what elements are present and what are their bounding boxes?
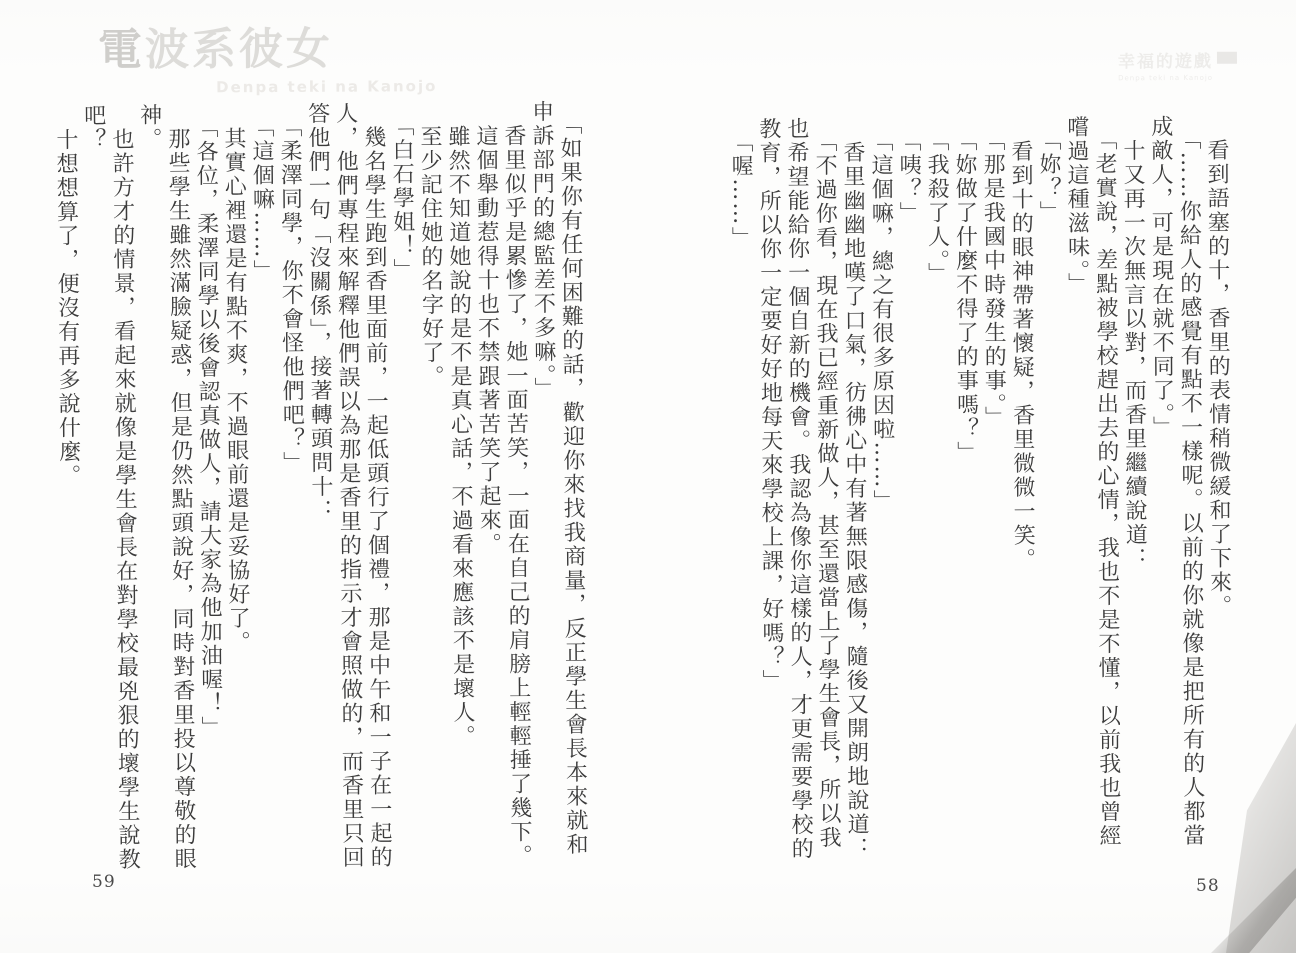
paragraph: 「老實說，差點被學校趕出去的心情，我也不是不懂，以前我也曾經嚐過這種滋味。」 <box>1062 115 1123 861</box>
paragraph: 十又再一次無言以對，而香里繼續說道： <box>1118 115 1151 861</box>
paragraph: 「……你給人的感覺有點不一樣呢。以前的你就像是把所有的人都當成敵人，可是現在就不… <box>1146 115 1207 861</box>
paragraph: 「這個嘛，總之有很多原因啦……」 <box>866 116 899 862</box>
series-logo-romaji: Denpa teki na Kanojo <box>216 77 437 96</box>
paragraph: 「那是我國中時發生的事。」 <box>978 116 1011 862</box>
paragraph: 「妳做了什麼不得了的事嗎？」 <box>950 116 983 862</box>
chapter-badge <box>1217 52 1237 64</box>
paragraph: 看到語塞的十，香里的表情稍微緩和了下來。 <box>1202 114 1235 860</box>
paragraph: 「咦？」 <box>894 116 927 862</box>
paragraph: 也許方才的情景，看起來就像是學生會長在對學校最兇狠的壞學生說教吧？ <box>79 103 142 879</box>
paragraph: 幾名學生跑到香里面前，一起低頭行了個禮，那是中午和一子在一起的人，他們專程來解釋… <box>303 101 394 878</box>
right-page-text: 看到語塞的十，香里的表情稍微緩和了下來。 「……你給人的感覺有點不一樣呢。以前的… <box>688 114 1235 863</box>
paragraph: 看到十的眼神帶著懷疑，香里微微一笑。 <box>1006 116 1039 862</box>
page-number-right: 58 <box>1196 876 1220 896</box>
chapter-header: 幸福的遊戲 Denpa teki na Kanojo <box>1118 52 1237 83</box>
paragraph: 那些學生雖然滿臉疑惑，但是仍然點頭說好，同時對香里投以尊敬的眼神。 <box>135 103 198 879</box>
paragraph: 「妳？」 <box>1034 115 1067 861</box>
paragraph: 香里幽幽地嘆了口氣，彷彿心中有著無限感傷，隨後又開朗地說道： <box>838 117 871 863</box>
paragraph: 「喔……」 <box>726 117 759 863</box>
paragraph: 「如果你有任何困難的話，歡迎你來找我商量，反正學生會長本來就和申訴部門的總監差不… <box>527 100 590 876</box>
chapter-romaji: Denpa teki na Kanojo <box>1118 74 1237 83</box>
paragraph: 「我殺了人。」 <box>922 116 955 862</box>
series-logo: 電波系彼女 Denpa teki na Kanojo <box>98 27 438 97</box>
chapter-title: 幸福的遊戲 <box>1118 52 1213 72</box>
series-logo-title: 電波系彼女 <box>98 27 438 73</box>
left-page-text: 「如果你有任何困難的話，歡迎你來找我商量，反正學生會長本來就和申訴部門的總監差不… <box>27 100 590 881</box>
page-number-left: 59 <box>92 872 116 892</box>
paragraph: 「不過你看，現在我已經重新做人，甚至還當上了學生會長，所以我也希望能給你一個自新… <box>754 117 843 863</box>
book-spread: 電波系彼女 Denpa teki na Kanojo 幸福的遊戲 Denpa t… <box>0 0 1296 953</box>
